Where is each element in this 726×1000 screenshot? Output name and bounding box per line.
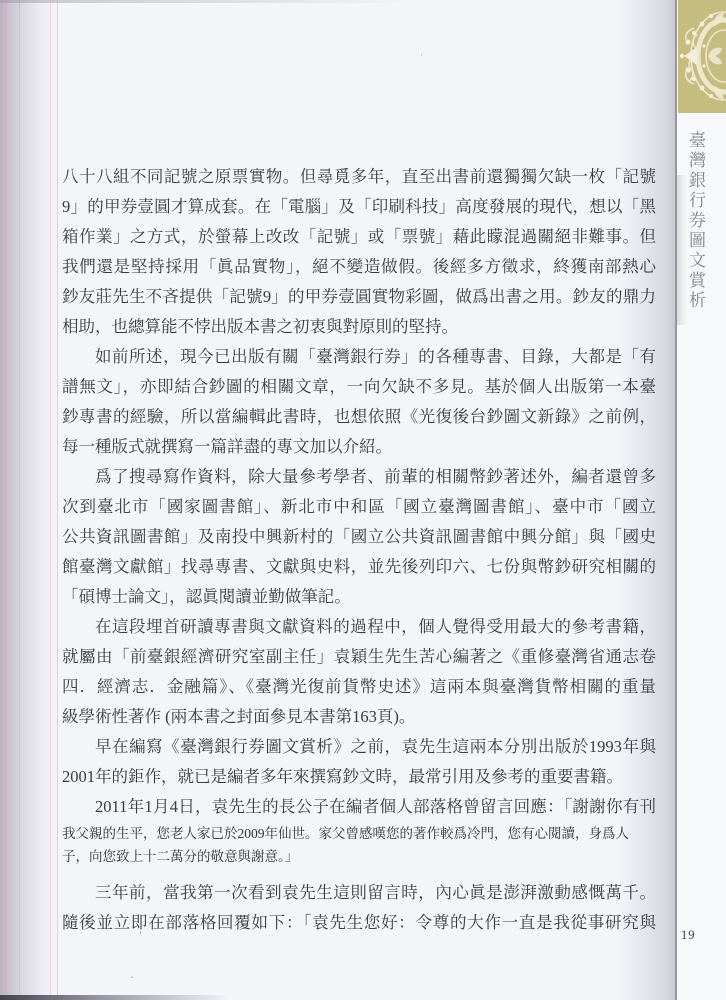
dust-speck: ˛: [131, 968, 134, 978]
text-line: 箱作業」之方式，於螢幕上改改「記號」或「票號」藉此矇混過關絕非難事。但: [62, 222, 656, 252]
dust-speck: ’: [139, 930, 142, 940]
text-line: 就屬由「前臺銀經濟研究室副主任」袁穎生先生苦心編著之《重修臺灣省通志卷: [62, 642, 656, 672]
text-line: 公共資訊圖書館」及南投中興新村的「國立公共資訊圖書館中興分館」與「國史: [62, 522, 656, 552]
text-line: 譜無文」，亦即結合鈔圖的相關文章，一向欠缺不多見。基於個人出版第一本臺: [62, 372, 656, 402]
edge-stripe: [6, 0, 7, 1000]
text-line: 鈔友莊先生不吝提供「記號9」的甲券壹圓實物彩圖，做爲出書之用。鈔友的鼎力: [62, 282, 656, 312]
text-line: 在這段埋首研讀專書與文獻資料的過程中，個人覺得受用最大的參考書籍，: [62, 612, 656, 642]
page-number: 19: [681, 928, 696, 943]
text-line: 館臺灣文獻館」找尋專書、文獻與史料，並先後列印六、七份與幣鈔研究相關的: [62, 552, 656, 582]
text-line: 子，向您致上十二萬分的敬意與謝意。」: [62, 845, 656, 868]
book-page-scan: { "page": { "number": "19", "side_title"…: [0, 0, 726, 1000]
text-line: 爲了搜尋寫作資料，除大量參考學者、前輩的相關幣鈔著述外，編者還曾多: [62, 462, 656, 492]
dust-speck: ʻ: [420, 52, 423, 62]
text-line: 2011年1月4日，袁先生的長公子在編者個人部落格曾留言回應：「謝謝你有刊出: [62, 792, 656, 822]
scan-bottom-shadow: [0, 995, 230, 1000]
text-line: 隨後並立即在部落格回覆如下：「袁先生您好：令尊的大作一直是我從事研究與: [62, 908, 656, 938]
text-line: 八十八組不同記號之原票實物。但尋覓多年，直至出書前還獨獨欠缺一枚「記號: [62, 162, 656, 192]
edge-stripe: [57, 0, 58, 1000]
scan-top-shadow: [0, 0, 420, 3]
text-line: 我們還是堅持採用「眞品實物」，絕不變造做假。後經多方徵求，終獲南部熱心: [62, 252, 656, 282]
text-line: 每一種版式就撰寫一篇詳盡的專文加以介紹。: [62, 432, 656, 462]
text-block: 八十八組不同記號之原票實物。但尋覓多年，直至出書前還獨獨欠缺一枚「記號9」的甲券…: [62, 162, 656, 938]
text-line: 次到臺北市「國家圖書館」、新北市中和區「國立臺灣圖書館」、臺中市「國立: [62, 492, 656, 522]
text-line: 如前所述，現今已出版有關「臺灣銀行券」的各種專書、目錄，大都是「有: [62, 342, 656, 372]
side-title-vertical: 臺灣銀行券圖文賞析: [683, 131, 708, 326]
text-line: 三年前，當我第一次看到袁先生這則留言時，內心眞是澎湃激動感慨萬千。: [62, 878, 656, 908]
text-line: 早在編寫《臺灣銀行券圖文賞析》之前，袁先生這兩本分別出版於1993年與: [62, 732, 656, 762]
ornament-corner-block: [678, 0, 726, 113]
damask-flourish-icon: [678, 0, 726, 113]
text-line: 級學術性著作 (兩本書之封面參見本書第163頁)。: [62, 702, 656, 732]
edge-stripe: [1, 0, 2, 1000]
edge-stripe: [50, 0, 51, 1000]
text-line: 四．經濟志．金融篇》、《臺灣光復前貨幣史述》這兩本與臺灣貨幣相關的重量: [62, 672, 656, 702]
edge-stripe: [19, 0, 20, 1000]
text-line: 2001年的鉅作，就已是編者多年來撰寫鈔文時，最常引用及參考的重要書籍。: [62, 762, 656, 792]
text-line: 我父親的生平，您老人家已於2009年仙世。家父曾感嘆您的著作較爲冷門，您有心閱讀…: [62, 822, 656, 845]
text-line: 「碩博士論文」，認眞閱讀並勤做筆記。: [62, 582, 656, 612]
text-line: 鈔專書的經驗，所以當編輯此書時，也想依照《光復後台鈔圖文新錄》之前例，: [62, 402, 656, 432]
text-line: 相助，也總算能不悖出版本書之初衷與對原則的堅持。: [62, 312, 656, 342]
gutter-line: [675, 0, 677, 1000]
text-line: 9」的甲券壹圓才算成套。在「電腦」及「印刷科技」高度發展的現代，想以「黑: [62, 192, 656, 222]
